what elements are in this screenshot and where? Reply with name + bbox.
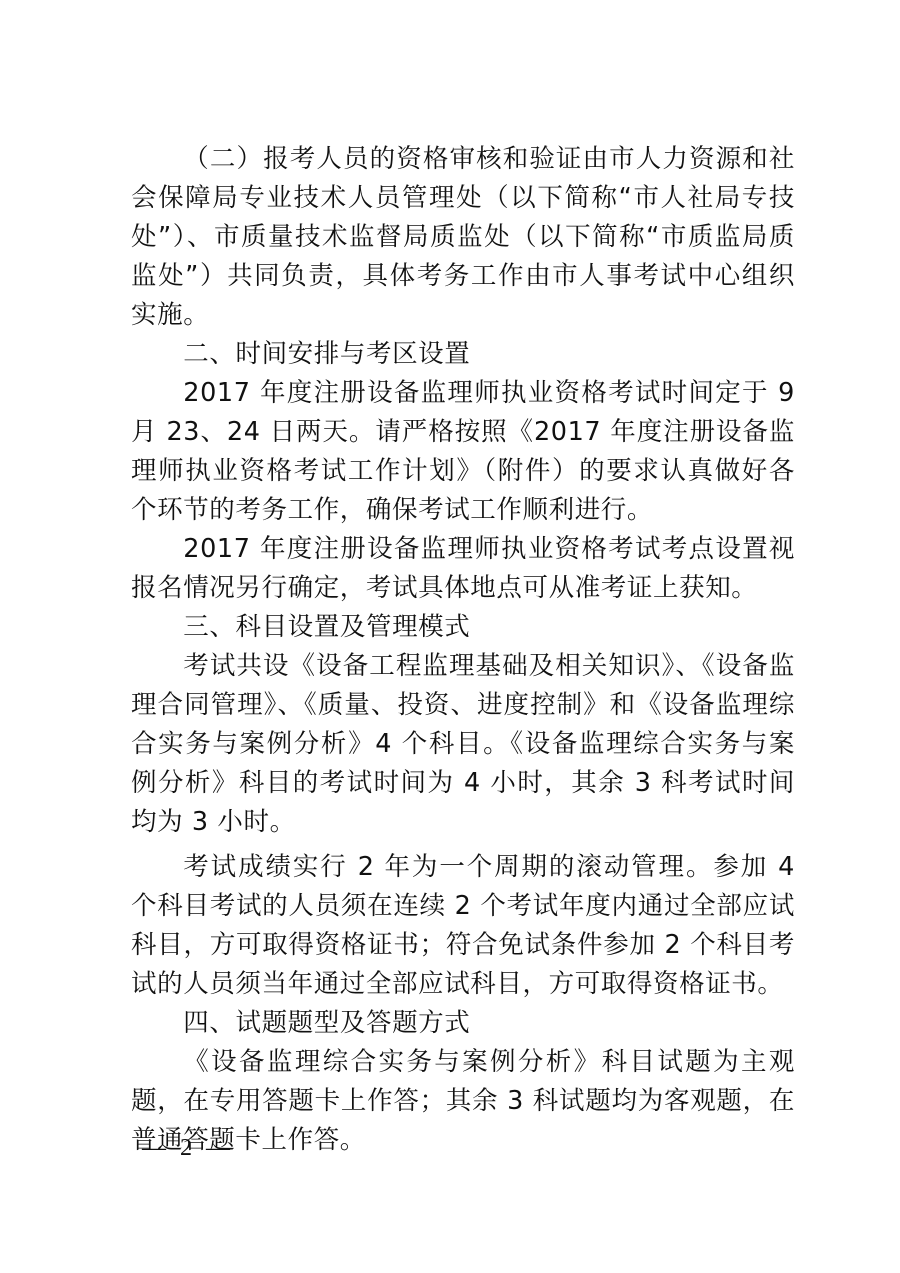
paragraph-exam-dates: 2017 年度注册设备监理师执业资格考试时间定于 9 月 23、24 日两天。请… <box>131 374 795 530</box>
section-heading-question-types: 四、试题题型及答题方式 <box>131 1004 795 1043</box>
document-page: （二）报考人员的资格审核和验证由市人力资源和社会保障局专业技术人员管理处（以下简… <box>131 140 795 1160</box>
paragraph-qualification-review: （二）报考人员的资格审核和验证由市人力资源和社会保障局专业技术人员管理处（以下简… <box>131 140 795 335</box>
section-heading-subjects: 三、科目设置及管理模式 <box>131 608 795 647</box>
paragraph-score-management: 考试成绩实行 2 年为一个周期的滚动管理。参加 4 个科目考试的人员须在连续 2… <box>131 848 795 1004</box>
paragraph-exam-venue: 2017 年度注册设备监理师执业资格考试考点设置视报名情况另行确定，考试具体地点… <box>131 530 795 608</box>
page-number: — 2 — <box>142 1135 234 1162</box>
paragraph-subject-list: 考试共设《设备工程监理基础及相关知识》、《设备监理合同管理》、《质量、投资、进度… <box>131 647 795 842</box>
section-heading-schedule: 二、时间安排与考区设置 <box>131 335 795 374</box>
